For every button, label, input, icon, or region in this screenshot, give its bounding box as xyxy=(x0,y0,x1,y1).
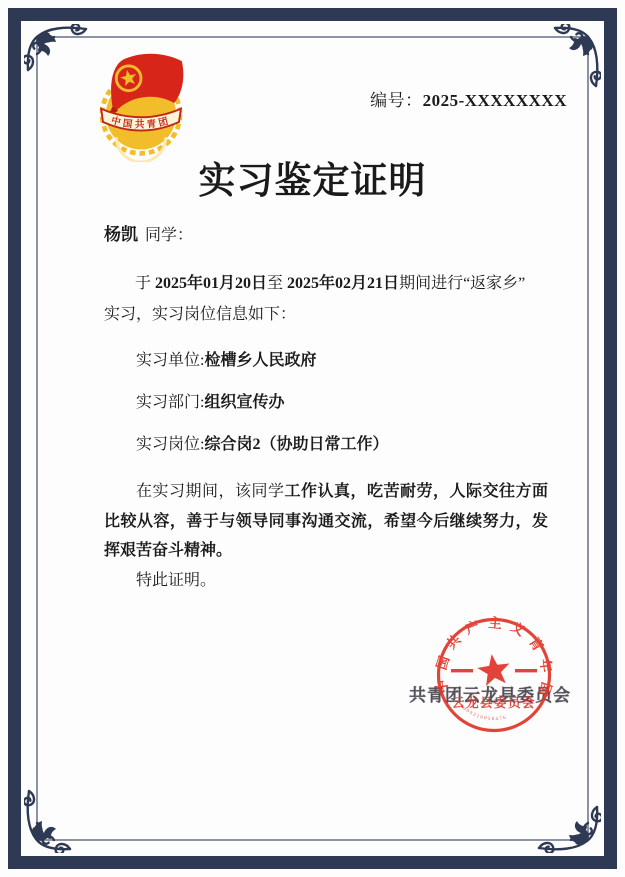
field-unit: 实习单位:检槽乡人民政府 xyxy=(104,346,548,376)
certificate-body: 杨凯同学： 于 2025年01月20日至 2025年02月21日期间进行“返家乡… xyxy=(104,220,548,596)
appraisal-lead: 在实习期间，该同学 xyxy=(136,483,285,500)
field-department-value: 组织宣传办 xyxy=(204,394,284,411)
start-date: 2025年01月20日 xyxy=(155,275,267,292)
corner-flourish-top-right xyxy=(537,24,601,88)
intro-paragraph: 于 2025年01月20日至 2025年02月21日期间进行“返家乡” 实习，实… xyxy=(104,268,548,330)
field-unit-label: 实习单位: xyxy=(136,352,204,369)
student-name: 杨凯 xyxy=(104,225,138,244)
corner-flourish-bottom-right xyxy=(537,789,601,853)
end-date: 2025年02月21日 xyxy=(287,275,399,292)
closing-line: 特此证明。 xyxy=(104,566,548,596)
seal-left-bar xyxy=(451,669,473,672)
internship-fields: 实习单位:检槽乡人民政府 实习部门:组织宣传办 实习岗位:综合岗2（协助日常工作… xyxy=(104,346,548,460)
corner-flourish-bottom-left xyxy=(24,789,88,853)
seal-right-bar xyxy=(515,669,537,672)
field-position: 实习岗位:综合岗2（协助日常工作） xyxy=(104,430,548,460)
intro-line-2: 实习，实习岗位信息如下： xyxy=(104,299,548,330)
serial-label: 编号： xyxy=(370,91,423,110)
field-department: 实习部门:组织宣传办 xyxy=(104,388,548,418)
official-seal-stamp: 中国共产主义青年团 云龙县委员会 5309210058476 xyxy=(429,610,559,740)
seal-star-icon xyxy=(476,652,512,687)
field-department-label: 实习部门: xyxy=(136,394,204,411)
field-position-value: 综合岗2（协助日常工作） xyxy=(204,436,388,453)
certificate-page: 中国共青团 编号：2025-XXXXXXXX 实习鉴定证明 杨凯同学： 于 20… xyxy=(0,0,625,877)
appraisal-paragraph: 在实习期间，该同学工作认真，吃苦耐劳，人际交往方面比较从容，善于与领导同事沟通交… xyxy=(104,477,548,566)
certificate-title: 实习鉴定证明 xyxy=(0,150,625,204)
salutation-line: 杨凯同学： xyxy=(104,220,548,251)
corner-flourish-top-left xyxy=(24,24,88,88)
salutation-suffix: 同学： xyxy=(145,227,193,244)
serial-value: 2025-XXXXXXXX xyxy=(423,91,567,110)
intro-line-1: 于 2025年01月20日至 2025年02月21日期间进行“返家乡” xyxy=(104,268,548,299)
field-position-label: 实习岗位: xyxy=(136,436,204,453)
communist-youth-league-emblem-icon: 中国共青团 xyxy=(84,44,198,162)
serial-number: 编号：2025-XXXXXXXX xyxy=(370,86,567,111)
field-unit-value: 检槽乡人民政府 xyxy=(204,352,316,369)
